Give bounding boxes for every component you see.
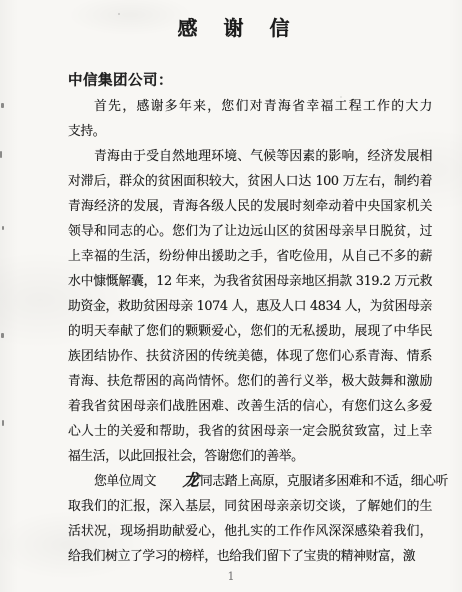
scanned-letter-page: 感 谢 信 中信集团公司： 首先，感谢多年来，您们对青海省幸福工程工作的大力支持…	[0, 0, 462, 592]
letter-text-segment: 您单位周文	[94, 474, 156, 489]
letter-line: 领导和同志的心。您们为了让边远山区的贫困母亲早日脱贫，过	[68, 219, 432, 244]
letter-line: 首先，感谢多年来，您们对青海省幸福工程工作的大力	[68, 94, 432, 119]
letter-line: 取我们的汇报，深入基层，同贫困母亲亲切交谈，了解她们的生	[68, 494, 432, 519]
scan-speck	[1, 333, 4, 338]
letter-line: 助资金，救助贫困母亲 1074 人，惠及人口 4834 人，为贫困母亲	[68, 294, 432, 319]
letter-line: 支持。	[68, 119, 432, 144]
letter-line: 的明天奉献了您们的颗颗爱心，您们的无私援助，展现了中华民	[68, 319, 432, 344]
letter-line: 青海由于受自然地理环境、气候等因素的影响，经济发展相	[68, 144, 432, 169]
scan-speck	[340, 96, 342, 98]
scan-speck	[0, 151, 2, 158]
letter-body: 首先，感谢多年来，您们对青海省幸福工程工作的大力支持。青海由于受自然地理环境、气…	[68, 94, 432, 569]
letter-line: 心人士的关爱和帮助，我省的贫困母亲一定会脱贫致富，过上幸	[68, 419, 432, 444]
letter-line: 上幸福的生活，纷纷伸出援助之手，省吃俭用，从自己不多的薪	[68, 244, 432, 269]
letter-line: 族团结协作、扶贫济困的传统美德，体现了您们心系青海、情系	[68, 344, 432, 369]
handwritten-name-char: 龙	[155, 472, 200, 490]
letter-text-segment: 同志踏上高原，克服诸多困难和不适，细心听	[200, 474, 448, 489]
letter-line: 对滞后，群众的贫困面积较大，贫困人口达 100 万左右，制约着	[68, 169, 432, 194]
letter-line: 青海、扶危帮困的高尚情怀。您们的善行义举，极大鼓舞和激励	[68, 369, 432, 394]
letter-salutation: 中信集团公司：	[68, 72, 173, 90]
page-number: 1	[0, 570, 462, 584]
scan-speck	[2, 420, 4, 426]
letter-line: 水中慷慨解囊，12 年来，为我省贫困母亲地区捐款 319.2 万元救	[68, 269, 432, 294]
scan-speck	[1, 103, 4, 108]
scan-speck	[2, 226, 4, 230]
letter-line: 青海经济的发展，青海各级人民的发展时刻牵动着中央国家机关	[68, 194, 432, 219]
letter-line: 活状况，现场捐助献爱心，他扎实的工作作风深深感染着我们，	[68, 519, 432, 544]
letter-line: 给我们树立了学习的榜样，也给我们留下了宝贵的精神财富，激	[68, 544, 432, 569]
letter-line: 您单位周文龙同志踏上高原，克服诸多困难和不适，细心听	[68, 469, 432, 494]
letter-line: 福生活，以此回报社会，答谢您们的善举。	[68, 444, 432, 469]
letter-line: 着我省贫困母亲们战胜困难、改善生活的信心，有您们这么多爱	[68, 394, 432, 419]
scan-speck	[118, 13, 120, 15]
letter-title: 感 谢 信	[0, 14, 462, 42]
